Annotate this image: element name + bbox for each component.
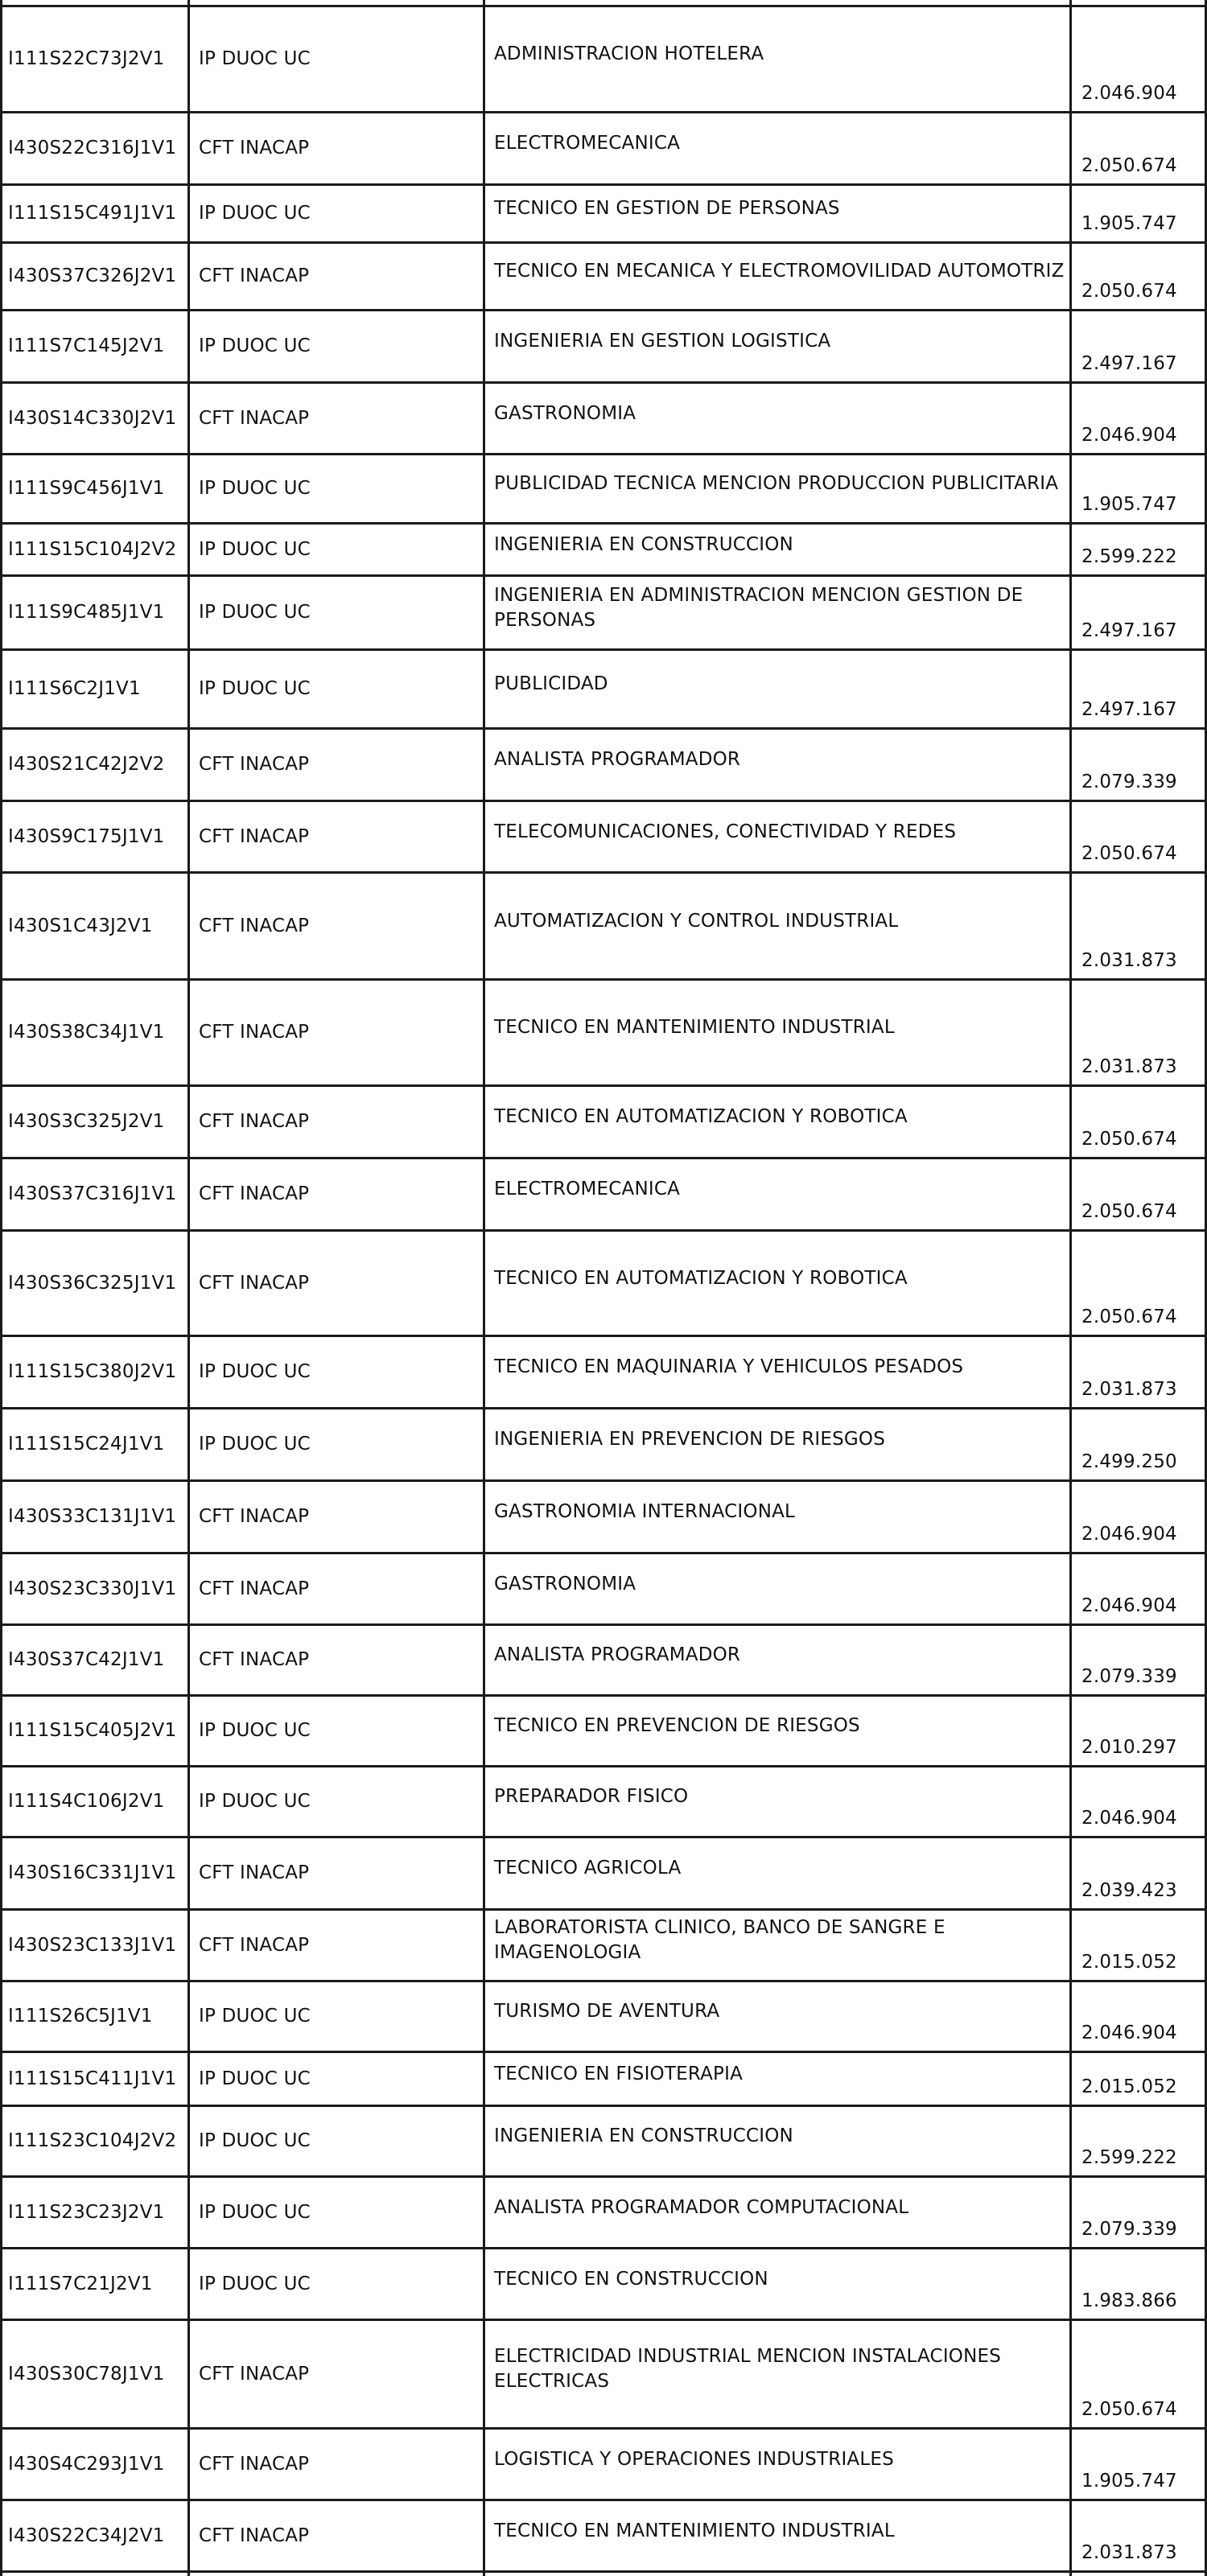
code-cell: I111S15C104J2V2: [8, 525, 187, 574]
program-cell-text: ADMINISTRACION HOTELERA: [494, 42, 764, 67]
program-cell-text: ANALISTA PROGRAMADOR: [494, 1643, 740, 1668]
value-cell: 2.046.904: [1081, 384, 1202, 453]
value-cell: 2.050.674: [1081, 244, 1202, 309]
table-row: I111S15C104J2V2IP DUOC UCINGENIERIA EN C…: [0, 525, 1207, 574]
row-divider: [0, 1335, 1207, 1337]
row-divider: [0, 1908, 1207, 1911]
value-cell-text: 1.905.747: [1081, 212, 1177, 237]
institution-cell: CFT INACAP: [199, 1232, 480, 1335]
row-divider: [0, 1479, 1207, 1482]
code-cell: I111S15C380J2V1: [8, 1337, 187, 1407]
code-cell-text: I430S4C293J1V1: [8, 2452, 164, 2477]
code-cell: I430S1C43J2V1: [8, 874, 187, 978]
table-row: I430S38C34J1V1CFT INACAPTECNICO EN MANTE…: [0, 981, 1207, 1084]
row-divider: [0, 2175, 1207, 2178]
table-row: I430S22C34J2V1CFT INACAPTECNICO EN MANTE…: [0, 2501, 1207, 2570]
value-cell-text: 2.079.339: [1081, 2217, 1177, 2242]
program-cell: TECNICO EN MANTENIMIENTO INDUSTRIAL: [494, 981, 1065, 1084]
institution-cell-text: CFT INACAP: [199, 136, 309, 161]
institution-cell-text: CFT INACAP: [199, 1020, 309, 1045]
program-cell-text: GASTRONOMIA: [494, 401, 636, 426]
program-cell-text: ELECTRICIDAD INDUSTRIAL MENCION INSTALAC…: [494, 2344, 1065, 2394]
program-cell: ADMINISTRACION HOTELERA: [494, 7, 1065, 111]
institution-cell: CFT INACAP: [199, 1159, 480, 1229]
program-cell: PUBLICIDAD TECNICA MENCION PRODUCCION PU…: [494, 455, 1065, 522]
code-cell: I430S23C330J1V1: [8, 1554, 187, 1623]
table-row: I111S9C485J1V1IP DUOC UCINGENIERIA EN AD…: [0, 577, 1207, 648]
value-cell-text: 2.031.873: [1081, 1377, 1177, 1402]
institution-cell: CFT INACAP: [199, 2501, 480, 2570]
value-cell-text: 2.079.339: [1081, 1665, 1177, 1689]
table-row: I111S26C5J1V1IP DUOC UCTURISMO DE AVENTU…: [0, 1982, 1207, 2051]
value-cell: 2.046.904: [1081, 1554, 1202, 1623]
table-row: I430S21C42J2V2CFT INACAPANALISTA PROGRAM…: [0, 730, 1207, 800]
value-cell: 2.031.873: [1081, 981, 1202, 1084]
institution-cell-text: CFT INACAP: [199, 2524, 309, 2549]
code-cell: I111S9C485J1V1: [8, 577, 187, 648]
row-divider: [0, 5, 1207, 7]
value-cell: 2.050.674: [1081, 113, 1202, 183]
code-cell: I430S3C325J2V1: [8, 1087, 187, 1157]
institution-cell-text: IP DUOC UC: [199, 1718, 311, 1743]
program-cell-text: TECNICO EN MANTENIMIENTO INDUSTRIAL: [494, 2519, 895, 2544]
value-cell: 2.599.222: [1081, 525, 1202, 574]
program-cell: TECNICO AGRICOLA: [494, 1838, 1065, 1908]
institution-cell-text: CFT INACAP: [199, 406, 309, 431]
code-cell-text: I111S15C411J1V1: [8, 2067, 176, 2092]
row-divider: [0, 309, 1207, 311]
row-divider: [0, 2427, 1207, 2430]
code-cell: I111S15C405J2V1: [8, 1697, 187, 1765]
institution-cell-text: CFT INACAP: [199, 2452, 309, 2477]
code-cell-text: I430S37C316J1V1: [8, 1182, 176, 1207]
row-divider: [0, 1765, 1207, 1767]
code-cell: I111S6C2J1V1: [8, 651, 187, 727]
program-cell: LABORATORISTA CLINICO, BANCO DE SANGRE E…: [494, 1911, 1065, 1980]
code-cell-text: I111S26C5J1V1: [8, 2004, 153, 2029]
program-cell: ELECTROMECANICA: [494, 1159, 1065, 1229]
institution-cell-text: IP DUOC UC: [199, 2200, 311, 2225]
code-cell: I111S4C106J2V1: [8, 1767, 187, 1836]
value-cell: 2.046.904: [1081, 7, 1202, 111]
table-row: I430S16C331J1V1CFT INACAPTECNICO AGRICOL…: [0, 1838, 1207, 1908]
institution-cell-text: IP DUOC UC: [199, 334, 311, 359]
institution-cell: CFT INACAP: [199, 1554, 480, 1623]
value-cell-text: 2.050.674: [1081, 1200, 1177, 1224]
value-cell: 2.050.674: [1081, 802, 1202, 871]
institution-cell-text: IP DUOC UC: [199, 476, 311, 501]
row-divider: [0, 2319, 1207, 2321]
institution-cell-text: IP DUOC UC: [199, 2272, 311, 2297]
value-cell: 2.599.222: [1081, 2107, 1202, 2175]
program-cell-text: TECNICO AGRICOLA: [494, 1856, 681, 1881]
program-cell: ANALISTA PROGRAMADOR COMPUTACIONAL: [494, 2178, 1065, 2247]
institution-cell: CFT INACAP: [199, 2430, 480, 2499]
row-divider: [0, 1157, 1207, 1159]
value-cell-text: 2.010.297: [1081, 1735, 1177, 1760]
code-cell: I111S15C24J1V1: [8, 1409, 187, 1479]
code-cell-text: I430S21C42J2V2: [8, 752, 164, 777]
institution-cell: IP DUOC UC: [199, 2107, 480, 2175]
code-cell-text: I111S15C491J1V1: [8, 201, 176, 226]
table-row: I430S30C78J1V1CFT INACAPELECTRICIDAD IND…: [0, 2321, 1207, 2427]
value-cell-text: 2.599.222: [1081, 2146, 1177, 2171]
row-divider: [0, 1836, 1207, 1838]
program-cell-text: GASTRONOMIA: [494, 1572, 636, 1597]
value-cell: 2.050.674: [1081, 1159, 1202, 1229]
institution-cell: CFT INACAP: [199, 1911, 480, 1980]
institution-cell: CFT INACAP: [199, 384, 480, 453]
value-cell-text: 2.031.873: [1081, 1055, 1177, 1080]
institution-cell: IP DUOC UC: [199, 2053, 480, 2105]
code-cell-text: I111S6C2J1V1: [8, 677, 141, 702]
column-divider: [187, 0, 190, 2576]
institution-cell: CFT INACAP: [199, 2321, 480, 2427]
program-cell: AUTOMATIZACION Y CONTROL INDUSTRIAL: [494, 874, 1065, 978]
institution-cell: IP DUOC UC: [199, 7, 480, 111]
value-cell: 1.905.747: [1081, 455, 1202, 522]
program-cell: TECNICO EN FISIOTERAPIA: [494, 2053, 1065, 2105]
table-row: I111S6C2J1V1IP DUOC UCPUBLICIDAD2.497.16…: [0, 651, 1207, 727]
value-cell: 2.079.339: [1081, 1626, 1202, 1694]
institution-cell-text: IP DUOC UC: [199, 1789, 311, 1814]
program-cell: TURISMO DE AVENTURA: [494, 1982, 1065, 2051]
value-cell-text: 1.905.747: [1081, 492, 1177, 517]
value-cell-text: 2.079.339: [1081, 770, 1177, 795]
code-cell-text: I111S15C380J2V1: [8, 1360, 176, 1385]
program-cell: ELECTROMECANICA: [494, 113, 1065, 183]
value-cell-text: 2.050.674: [1081, 1305, 1177, 1330]
program-cell-text: PREPARADOR FISICO: [494, 1784, 688, 1809]
institution-cell-text: IP DUOC UC: [199, 1432, 311, 1457]
program-cell: GASTRONOMIA: [494, 1554, 1065, 1623]
row-divider: [0, 1980, 1207, 1982]
institution-cell: IP DUOC UC: [199, 311, 480, 381]
code-cell-text: I430S22C34J2V1: [8, 2524, 164, 2549]
table-row: I430S22C316J1V1CFT INACAPELECTROMECANICA…: [0, 113, 1207, 183]
code-cell-text: I111S4C106J2V1: [8, 1789, 164, 1814]
institution-cell: IP DUOC UC: [199, 525, 480, 574]
value-cell-text: 2.497.167: [1081, 619, 1177, 644]
program-cell-text: TECNICO EN AUTOMATIZACION Y ROBOTICA: [494, 1266, 908, 1291]
program-cell-text: TECNICO EN MECANICA Y ELECTROMOVILIDAD A…: [494, 259, 1065, 284]
table-row: I111S7C21J2V1IP DUOC UCTECNICO EN CONSTR…: [0, 2249, 1207, 2319]
row-divider: [0, 2051, 1207, 2053]
value-cell-text: 1.905.747: [1081, 2469, 1177, 2494]
value-cell-text: 2.050.674: [1081, 2397, 1177, 2422]
program-cell-text: TECNICO EN GESTION DE PERSONAS: [494, 196, 840, 221]
institution-cell-text: CFT INACAP: [199, 1933, 309, 1958]
institution-cell-text: IP DUOC UC: [199, 201, 311, 226]
institution-cell-text: CFT INACAP: [199, 752, 309, 777]
institution-cell: CFT INACAP: [199, 874, 480, 978]
program-cell: TECNICO EN CONSTRUCCION: [494, 2249, 1065, 2319]
value-cell: 2.015.052: [1081, 2053, 1202, 2105]
code-cell: I430S22C316J1V1: [8, 113, 187, 183]
institution-cell-text: CFT INACAP: [199, 1271, 309, 1296]
program-cell: INGENIERIA EN PREVENCION DE RIESGOS: [494, 1409, 1065, 1479]
value-cell-text: 2.046.904: [1081, 81, 1177, 106]
value-cell-text: 2.046.904: [1081, 423, 1177, 448]
institution-cell-text: IP DUOC UC: [199, 600, 311, 625]
code-cell-text: I430S9C175J1V1: [8, 825, 164, 850]
program-cell-text: PUBLICIDAD TECNICA MENCION PRODUCCION PU…: [494, 471, 1058, 496]
program-cell-text: INGENIERIA EN CONSTRUCCION: [494, 533, 793, 558]
table-row: I430S23C133J1V1CFT INACAPLABORATORISTA C…: [0, 1911, 1207, 1980]
code-cell-text: I430S14C330J2V1: [8, 406, 176, 431]
code-cell: I430S36C325J1V1: [8, 1232, 187, 1335]
table-row: I430S37C326J2V1CFT INACAPTECNICO EN MECA…: [0, 244, 1207, 309]
value-cell-text: 2.031.873: [1081, 949, 1177, 973]
institution-cell-text: IP DUOC UC: [199, 1360, 311, 1385]
institution-cell-text: IP DUOC UC: [199, 2004, 311, 2029]
program-cell: INGENIERIA EN CONSTRUCCION: [494, 525, 1065, 574]
institution-cell: IP DUOC UC: [199, 1982, 480, 2051]
value-cell: 2.031.873: [1081, 874, 1202, 978]
program-cell: TECNICO EN MAQUINARIA Y VEHICULOS PESADO…: [494, 1337, 1065, 1407]
program-cell: ANALISTA PROGRAMADOR: [494, 730, 1065, 800]
code-cell-text: I430S33C131J1V1: [8, 1504, 176, 1529]
value-cell-text: 2.599.222: [1081, 545, 1177, 570]
value-cell-text: 2.039.423: [1081, 1879, 1177, 1903]
code-cell-text: I430S36C325J1V1: [8, 1271, 176, 1296]
table-row: I111S23C104J2V2IP DUOC UCINGENIERIA EN C…: [0, 2107, 1207, 2175]
program-cell-text: GASTRONOMIA INTERNACIONAL: [494, 1500, 795, 1525]
table-row: I111S4C106J2V1IP DUOC UCPREPARADOR FISIC…: [0, 1767, 1207, 1836]
code-cell: I111S7C21J2V1: [8, 2249, 187, 2319]
row-divider: [0, 800, 1207, 802]
institution-cell-text: CFT INACAP: [199, 1577, 309, 1602]
code-cell: I430S14C330J2V1: [8, 384, 187, 453]
value-cell: 2.079.339: [1081, 730, 1202, 800]
code-cell-text: I111S7C145J2V1: [8, 334, 164, 359]
program-cell: TECNICO EN MANTENIMIENTO INDUSTRIAL: [494, 2501, 1065, 2570]
row-divider: [0, 2570, 1207, 2573]
institution-cell: CFT INACAP: [199, 113, 480, 183]
program-cell: LOGISTICA Y OPERACIONES INDUSTRIALES: [494, 2430, 1065, 2499]
row-divider: [0, 1229, 1207, 1232]
institution-cell: CFT INACAP: [199, 1482, 480, 1552]
row-divider: [0, 1552, 1207, 1554]
program-cell-text: ANALISTA PROGRAMADOR: [494, 747, 740, 772]
value-cell: 2.079.339: [1081, 2178, 1202, 2247]
value-cell-text: 1.983.866: [1081, 2289, 1177, 2314]
program-cell-text: TECNICO EN MANTENIMIENTO INDUSTRIAL: [494, 1015, 895, 1040]
code-cell: I430S33C131J1V1: [8, 1482, 187, 1552]
program-cell: INGENIERIA EN ADMINISTRACION MENCION GES…: [494, 577, 1065, 648]
table-row: I430S36C325J1V1CFT INACAPTECNICO EN AUTO…: [0, 1232, 1207, 1335]
value-cell: 2.497.167: [1081, 577, 1202, 648]
row-divider: [0, 1084, 1207, 1087]
institution-cell-text: IP DUOC UC: [199, 2129, 311, 2154]
table-row: I111S15C411J1V1IP DUOC UCTECNICO EN FISI…: [0, 2053, 1207, 2105]
code-cell: I430S9C175J1V1: [8, 802, 187, 871]
table-row: I430S4C293J1V1CFT INACAPLOGISTICA Y OPER…: [0, 2430, 1207, 2499]
institution-cell: IP DUOC UC: [199, 1767, 480, 1836]
code-cell: I111S26C5J1V1: [8, 1982, 187, 2051]
code-cell: I430S4C293J1V1: [8, 2430, 187, 2499]
row-divider: [0, 111, 1207, 113]
table-row: I111S9C456J1V1IP DUOC UCPUBLICIDAD TECNI…: [0, 455, 1207, 522]
value-cell-text: 2.050.674: [1081, 279, 1177, 304]
row-divider: [0, 1623, 1207, 1626]
table-row: I111S15C24J1V1IP DUOC UCINGENIERIA EN PR…: [0, 1409, 1207, 1479]
column-divider: [0, 0, 2, 2576]
program-cell: INGENIERIA EN CONSTRUCCION: [494, 2107, 1065, 2175]
institution-cell-text: CFT INACAP: [199, 1182, 309, 1207]
value-cell-text: 2.497.167: [1081, 697, 1177, 722]
code-cell: I430S37C316J1V1: [8, 1159, 187, 1229]
institution-cell-text: CFT INACAP: [199, 1109, 309, 1134]
value-cell: 2.015.052: [1081, 1911, 1202, 1980]
institution-cell: CFT INACAP: [199, 1087, 480, 1157]
institution-cell: IP DUOC UC: [199, 1409, 480, 1479]
code-cell-text: I430S16C331J1V1: [8, 1861, 176, 1886]
code-cell-text: I111S9C485J1V1: [8, 600, 164, 625]
value-cell: 2.497.167: [1081, 651, 1202, 727]
column-divider: [1069, 0, 1072, 2576]
program-cell-text: PUBLICIDAD: [494, 672, 608, 697]
code-cell: I111S9C456J1V1: [8, 455, 187, 522]
table-row: I430S23C330J1V1CFT INACAPGASTRONOMIA2.04…: [0, 1554, 1207, 1623]
value-cell: 2.039.423: [1081, 1838, 1202, 1908]
institution-cell: CFT INACAP: [199, 981, 480, 1084]
column-divider: [483, 0, 485, 2576]
row-divider: [0, 241, 1207, 244]
value-cell-text: 2.499.250: [1081, 1450, 1177, 1475]
code-cell: I111S7C145J2V1: [8, 311, 187, 381]
table-row: I111S22C73J2V1IP DUOC UCADMINISTRACION H…: [0, 7, 1207, 111]
code-cell: I430S38C34J1V1: [8, 981, 187, 1084]
program-cell-text: AUTOMATIZACION Y CONTROL INDUSTRIAL: [494, 909, 898, 934]
program-cell: TECNICO EN GESTION DE PERSONAS: [494, 186, 1065, 241]
code-cell-text: I430S3C325J2V1: [8, 1109, 164, 1134]
row-divider: [0, 522, 1207, 525]
row-divider: [0, 2105, 1207, 2107]
institution-cell-text: CFT INACAP: [199, 264, 309, 289]
row-divider: [0, 648, 1207, 651]
program-cell: GASTRONOMIA INTERNACIONAL: [494, 1482, 1065, 1552]
row-divider: [0, 871, 1207, 874]
row-divider: [0, 183, 1207, 186]
code-cell-text: I430S22C316J1V1: [8, 136, 176, 161]
code-cell: I430S22C34J2V1: [8, 2501, 187, 2570]
code-cell-text: I430S30C78J1V1: [8, 2362, 164, 2387]
program-cell: TECNICO EN MECANICA Y ELECTROMOVILIDAD A…: [494, 244, 1065, 309]
code-cell-text: I430S23C133J1V1: [8, 1933, 176, 1958]
program-cell-text: ANALISTA PROGRAMADOR COMPUTACIONAL: [494, 2195, 908, 2220]
program-cell-text: ELECTROMECANICA: [494, 1177, 680, 1202]
institution-cell-text: CFT INACAP: [199, 1504, 309, 1529]
row-divider: [0, 453, 1207, 455]
code-cell: I430S23C133J1V1: [8, 1911, 187, 1980]
value-cell-text: 2.050.674: [1081, 842, 1177, 866]
institution-cell-text: CFT INACAP: [199, 1648, 309, 1673]
program-cell-text: LABORATORISTA CLINICO, BANCO DE SANGRE E…: [494, 1916, 1065, 1965]
row-divider: [0, 2247, 1207, 2249]
code-cell-text: I430S1C43J2V1: [8, 914, 153, 939]
institution-cell: CFT INACAP: [199, 1838, 480, 1908]
value-cell: 2.031.873: [1081, 2501, 1202, 2570]
institution-cell-text: IP DUOC UC: [199, 47, 311, 72]
value-cell-text: 2.050.674: [1081, 154, 1177, 179]
program-cell-text: TECNICO EN CONSTRUCCION: [494, 2267, 768, 2292]
value-cell: 2.031.873: [1081, 1337, 1202, 1407]
code-cell: I430S37C42J1V1: [8, 1626, 187, 1694]
table-row: I430S1C43J2V1CFT INACAPAUTOMATIZACION Y …: [0, 874, 1207, 978]
institution-cell: CFT INACAP: [199, 244, 480, 309]
program-cell-text: TECNICO EN PREVENCION DE RIESGOS: [494, 1714, 860, 1739]
value-cell-text: 2.046.904: [1081, 1806, 1177, 1831]
code-cell: I111S15C411J1V1: [8, 2053, 187, 2105]
program-cell-text: INGENIERIA EN PREVENCION DE RIESGOS: [494, 1427, 885, 1452]
code-cell-text: I430S23C330J1V1: [8, 1577, 176, 1602]
institution-cell: CFT INACAP: [199, 1626, 480, 1694]
code-cell-text: I430S37C326J2V1: [8, 264, 176, 289]
code-cell-text: I111S15C104J2V2: [8, 537, 176, 562]
code-cell-text: I111S9C456J1V1: [8, 476, 164, 501]
table-row: I430S33C131J1V1CFT INACAPGASTRONOMIA INT…: [0, 1482, 1207, 1552]
row-divider: [0, 2499, 1207, 2501]
value-cell: 2.046.904: [1081, 1767, 1202, 1836]
program-cell-text: TURISMO DE AVENTURA: [494, 1999, 719, 2024]
table-row: I111S15C405J2V1IP DUOC UCTECNICO EN PREV…: [0, 1697, 1207, 1765]
institution-cell: IP DUOC UC: [199, 2178, 480, 2247]
institution-cell: CFT INACAP: [199, 802, 480, 871]
institution-cell: IP DUOC UC: [199, 577, 480, 648]
value-cell-text: 2.015.052: [1081, 2075, 1177, 2100]
institution-cell: IP DUOC UC: [199, 455, 480, 522]
value-cell: 2.010.297: [1081, 1697, 1202, 1765]
table-row: I111S15C380J2V1IP DUOC UCTECNICO EN MAQU…: [0, 1337, 1207, 1407]
institution-cell-text: IP DUOC UC: [199, 677, 311, 702]
institution-cell: IP DUOC UC: [199, 1697, 480, 1765]
table-row: I111S15C491J1V1IP DUOC UCTECNICO EN GEST…: [0, 186, 1207, 241]
table-row: I430S37C316J1V1CFT INACAPELECTROMECANICA…: [0, 1159, 1207, 1229]
program-cell: TECNICO EN AUTOMATIZACION Y ROBOTICA: [494, 1087, 1065, 1157]
value-cell: 1.983.866: [1081, 2249, 1202, 2319]
program-cell: TECNICO EN AUTOMATIZACION Y ROBOTICA: [494, 1232, 1065, 1335]
institution-cell: IP DUOC UC: [199, 651, 480, 727]
program-cell-text: TECNICO EN MAQUINARIA Y VEHICULOS PESADO…: [494, 1355, 963, 1380]
value-cell: 2.499.250: [1081, 1409, 1202, 1479]
value-cell-text: 2.015.052: [1081, 1950, 1177, 1975]
table-row: I430S37C42J1V1CFT INACAPANALISTA PROGRAM…: [0, 1626, 1207, 1694]
institution-cell-text: IP DUOC UC: [199, 537, 311, 562]
value-cell-text: 2.031.873: [1081, 2541, 1177, 2566]
value-cell: 2.046.904: [1081, 1982, 1202, 2051]
institution-cell-text: IP DUOC UC: [199, 2067, 311, 2092]
program-cell-text: LOGISTICA Y OPERACIONES INDUSTRIALES: [494, 2447, 894, 2472]
value-cell-text: 2.050.674: [1081, 1127, 1177, 1152]
program-cell: ANALISTA PROGRAMADOR: [494, 1626, 1065, 1694]
program-cell: PREPARADOR FISICO: [494, 1767, 1065, 1836]
code-cell: I111S15C491J1V1: [8, 186, 187, 241]
program-cell: PUBLICIDAD: [494, 651, 1065, 727]
program-cell: TELECOMUNICACIONES, CONECTIVIDAD Y REDES: [494, 802, 1065, 871]
program-cell: TECNICO EN PREVENCION DE RIESGOS: [494, 1697, 1065, 1765]
code-cell: I111S23C104J2V2: [8, 2107, 187, 2175]
table-row: I430S3C325J2V1CFT INACAPTECNICO EN AUTOM…: [0, 1087, 1207, 1157]
code-cell: I430S30C78J1V1: [8, 2321, 187, 2427]
code-cell: I430S37C326J2V1: [8, 244, 187, 309]
program-cell-text: TELECOMUNICACIONES, CONECTIVIDAD Y REDES: [494, 820, 956, 845]
row-divider: [0, 1694, 1207, 1697]
value-cell-text: 2.046.904: [1081, 1522, 1177, 1547]
row-divider: [0, 727, 1207, 730]
value-cell: 2.050.674: [1081, 1232, 1202, 1335]
institution-cell-text: CFT INACAP: [199, 914, 309, 939]
